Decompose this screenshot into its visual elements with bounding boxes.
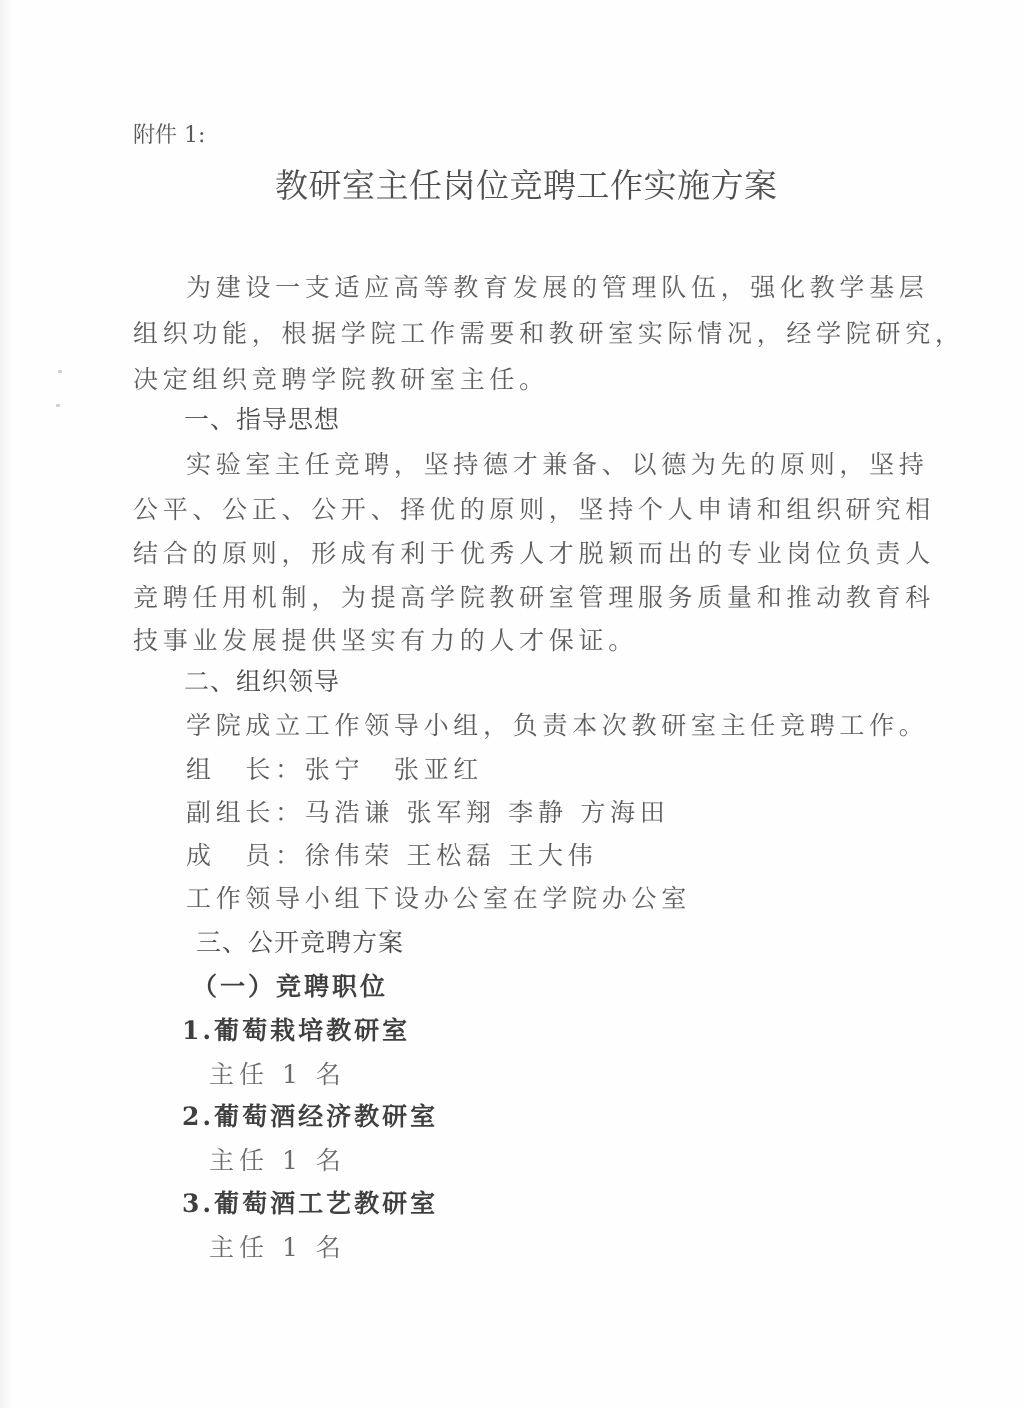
section1-line-1: 实验室主任竞聘，坚持德才兼备、以德为先的原则，坚持 <box>186 445 929 481</box>
section1-line-5: 技事业发展提供坚实有力的人才保证。 <box>133 621 638 657</box>
position-1-count: 主任 1 名 <box>209 1055 346 1091</box>
section1-line-2: 公平、公正、公开、择优的原则，坚持个人申请和组织研究相 <box>133 490 935 526</box>
scan-edge-shadow <box>0 0 12 1408</box>
section2-deputy: 副组长：马浩谦 张军翔 李静 方海田 <box>186 793 669 829</box>
section2-leader: 组 长：张宁 张亚红 <box>186 750 483 786</box>
position-2-count: 主任 1 名 <box>209 1141 346 1177</box>
position-3-count: 主任 1 名 <box>209 1228 346 1264</box>
scan-speck <box>56 404 60 407</box>
section2-intro: 学院成立工作领导小组，负责本次教研室主任竞聘工作。 <box>186 706 929 742</box>
section2-heading: 二、组织领导 <box>184 662 340 698</box>
document-title: 教研室主任岗位竞聘工作实施方案 <box>275 160 778 207</box>
section2-members: 成 员：徐伟荣 王松磊 王大伟 <box>186 836 597 872</box>
intro-line-1: 为建设一支适应高等教育发展的管理队伍，强化教学基层 <box>186 268 929 304</box>
section2-office: 工作领导小组下设办公室在学院办公室 <box>186 879 691 915</box>
attachment-label: 附件 1: <box>133 118 205 149</box>
position-2-name: 2.葡萄酒经济教研室 <box>182 1097 438 1133</box>
position-1-name: 1.葡萄栽培教研室 <box>182 1011 410 1047</box>
position-3-name: 3.葡萄酒工艺教研室 <box>182 1184 438 1220</box>
section3-heading: 三、公开竞聘方案 <box>196 923 404 959</box>
section1-line-3: 结合的原则，形成有利于优秀人才脱颖而出的专业岗位负责人 <box>133 534 935 570</box>
intro-line-2: 组织功能，根据学院工作需要和教研室实际情况，经学院研究， <box>133 314 965 350</box>
intro-line-3: 决定组织竞聘学院教研室主任。 <box>133 360 549 396</box>
document-page: 附件 1: 教研室主任岗位竞聘工作实施方案 为建设一支适应高等教育发展的管理队伍… <box>0 0 1024 1408</box>
section1-heading: 一、指导思想 <box>184 400 340 436</box>
section1-line-4: 竞聘任用机制，为提高学院教研室管理服务质量和推动教育科 <box>133 578 935 614</box>
section3-subheading: （一）竞聘职位 <box>192 967 388 1003</box>
scan-speck <box>58 370 62 373</box>
